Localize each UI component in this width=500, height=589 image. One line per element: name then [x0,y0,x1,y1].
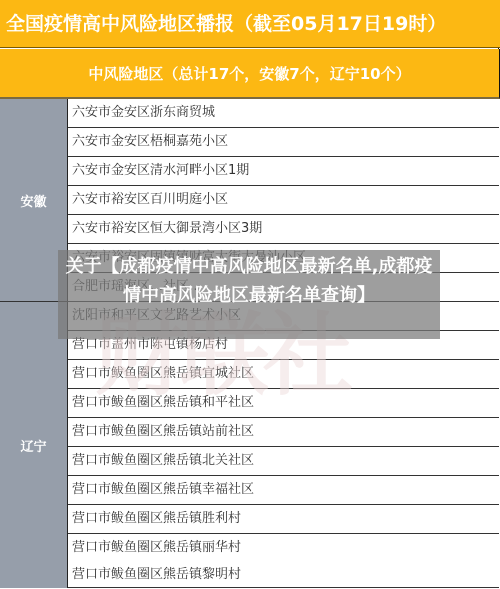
table-row: 六安市金安区梧桐嘉苑小区 [68,128,499,157]
table-row: 六安市裕安区恒大御景湾小区3期 [68,215,499,244]
region-name: 安徽 [20,191,46,210]
region-name: 辽宁 [20,436,46,455]
caption-overlay: 关于【成都疫情中高风险地区最新名单,成都疫情中高风险地区最新名单查询】 [58,250,440,339]
table-row: 营口市鲅鱼圈区熊岳镇幸福社区 [68,476,499,505]
table-row: 六安市金安区清水河畔小区1期 [68,157,499,186]
table-row: 营口市鲅鱼圈区熊岳镇黎明村 [68,561,499,588]
table-row: 六安市金安区浙东商贸城 [68,99,499,128]
page-title: 全国疫情高中风险地区播报（截至05月17日19时） [0,0,500,48]
section-header: 中风险地区（总计17个，安徽7个，辽宁10个） [0,49,500,99]
table-row: 营口市鲅鱼圈区熊岳镇站前社区 [68,418,499,447]
region-label-liaoning: 辽宁 [0,302,68,588]
table-row: 营口市鲅鱼圈区熊岳镇北关社区 [68,447,499,476]
table-row: 营口市鲅鱼圈区熊岳镇丽华村 [68,534,499,563]
table-row: 营口市鲅鱼圈区熊岳镇宜城社区 [68,360,499,389]
table-row: 营口市鲅鱼圈区熊岳镇和平社区 [68,389,499,418]
table-row: 六安市裕安区百川明庭小区 [68,186,499,215]
table-row: 营口市鲅鱼圈区熊岳镇胜利村 [68,505,499,534]
